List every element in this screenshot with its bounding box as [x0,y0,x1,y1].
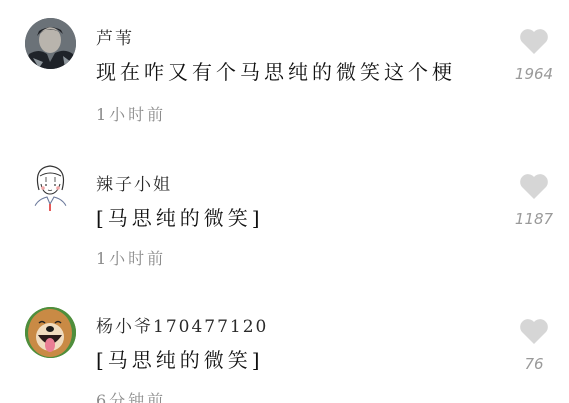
heart-icon [519,28,549,55]
heart-icon [519,318,549,345]
like-button[interactable]: 1187 [514,173,554,228]
username[interactable]: 辣子小姐 [96,170,172,195]
comment-time: 1小时前 [96,102,166,125]
heart-icon [519,173,549,200]
like-count: 76 [514,355,554,373]
user-avatar[interactable] [25,307,76,358]
like-count: 1187 [514,210,554,228]
like-button[interactable]: 76 [514,318,554,373]
drawn-girl-icon [25,160,76,211]
comment-text: [马思纯的微笑] [96,344,264,373]
user-avatar[interactable] [25,160,76,211]
username[interactable]: 芦苇 [96,24,134,49]
comment-text: 现在咋又有个马思纯的微笑这个梗 [96,56,456,85]
comment-time: 1小时前 [96,246,166,269]
shiba-dog-icon [25,307,76,358]
username[interactable]: 杨小爷170477120 [96,312,268,337]
person-photo-icon [25,18,76,69]
like-count: 1964 [514,65,554,83]
comment-item: 芦苇 现在咋又有个马思纯的微笑这个梗 1小时前 1964 [0,0,569,140]
comment-item: 辣子小姐 [马思纯的微笑] 1小时前 1187 [0,150,569,290]
comment-time: 6分钟前 [96,388,166,403]
like-button[interactable]: 1964 [514,28,554,83]
comment-item: 杨小爷170477120 [马思纯的微笑] 6分钟前 76 [0,290,569,403]
comment-text: [马思纯的微笑] [96,202,264,231]
user-avatar[interactable] [25,18,76,69]
